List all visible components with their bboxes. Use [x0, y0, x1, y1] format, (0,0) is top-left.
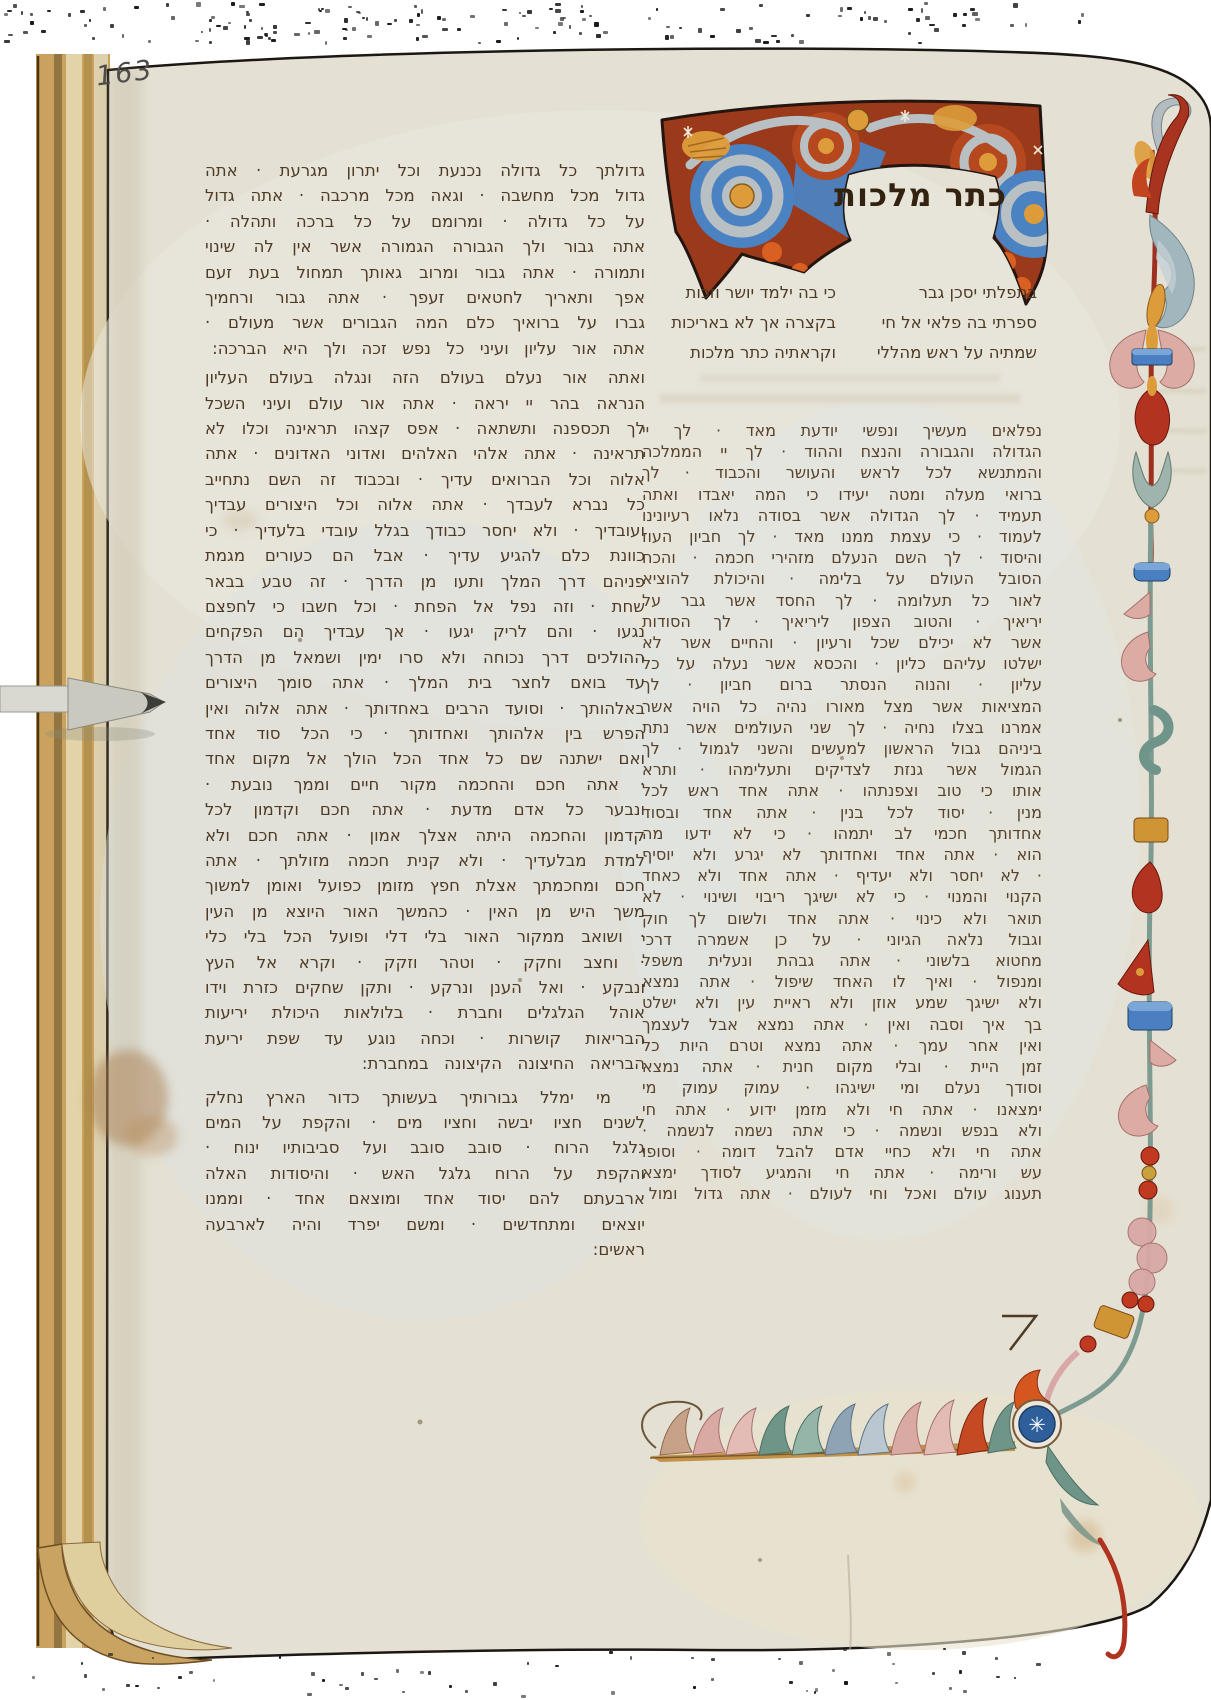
- scan-noise-top: [0, 0, 1211, 48]
- noise-dot: [962, 24, 966, 27]
- noise-dot: [271, 39, 277, 42]
- noise-dot: [594, 22, 599, 26]
- noise-dot: [4, 40, 9, 43]
- noise-dot: [996, 1676, 1000, 1678]
- noise-dot: [953, 13, 957, 17]
- noise-dot: [711, 1678, 714, 1681]
- noise-dot: [656, 8, 658, 11]
- noise-dot: [527, 1662, 529, 1665]
- noise-dot: [279, 1656, 282, 1659]
- noise-dot: [223, 26, 228, 30]
- noise-dot: [366, 17, 368, 21]
- noise-dot: [273, 25, 277, 29]
- noise-dot: [943, 1648, 946, 1650]
- noise-dot: [344, 18, 347, 22]
- noise-dot: [932, 1672, 935, 1675]
- verse-line: שמתיה על ראש מהללי: [845, 338, 1037, 368]
- noise-dot: [442, 28, 447, 32]
- noise-dot: [211, 16, 215, 19]
- scan-noise-bottom: [0, 1640, 1211, 1700]
- noise-dot: [442, 18, 446, 21]
- noise-dot: [126, 1684, 131, 1686]
- noise-dot: [325, 41, 327, 45]
- noise-dot: [972, 12, 977, 16]
- noise-dot: [962, 1651, 966, 1655]
- noise-dot: [259, 3, 265, 6]
- noise-dot: [246, 40, 250, 44]
- noise-dot: [918, 42, 922, 44]
- noise-dot: [1014, 1677, 1016, 1679]
- noise-dot: [589, 15, 591, 18]
- noise-dot: [535, 27, 539, 29]
- noise-dot: [231, 2, 234, 6]
- noise-dot: [665, 35, 669, 39]
- noise-dot: [582, 18, 585, 21]
- noise-dot: [611, 1691, 614, 1695]
- text-paragraph: נפלאים מעשיך ונפשי יודעת מאד · לך יי הגד…: [642, 420, 1042, 1205]
- text-paragraph: ואתה אור נעלם בעולם הזה ונגלה בעולם העלי…: [205, 365, 645, 1076]
- noise-dot: [264, 33, 267, 36]
- noise-dot: [581, 5, 584, 8]
- noise-dot: [555, 9, 561, 13]
- noise-dot: [710, 35, 715, 38]
- noise-dot: [199, 1657, 201, 1660]
- noise-dot: [555, 3, 561, 6]
- noise-dot: [342, 28, 348, 30]
- noise-dot: [949, 1687, 952, 1690]
- verse-line: וקראתיה כתר מלכות: [648, 338, 836, 368]
- noise-dot: [420, 1671, 423, 1674]
- noise-dot: [311, 1672, 315, 1676]
- noise-dot: [908, 32, 911, 34]
- noise-dot: [648, 17, 651, 20]
- noise-dot: [209, 41, 212, 45]
- noise-dot: [361, 1672, 364, 1676]
- noise-dot: [122, 34, 125, 38]
- binding-edge: [36, 54, 110, 1648]
- noise-dot: [609, 1651, 613, 1653]
- text-paragraph: מי ימלל גבורותיך בעשותך כדור הארץ נחלק ל…: [205, 1085, 645, 1263]
- noise-dot: [356, 11, 360, 13]
- noise-dot: [736, 29, 741, 33]
- noise-dot: [157, 1687, 160, 1689]
- noise-dot: [457, 28, 461, 31]
- text-paragraph: גדולתך כל גדולה נכנעת וכל יתרון מגרעת · …: [205, 158, 645, 361]
- noise-dot: [840, 7, 843, 11]
- noise-dot: [519, 12, 521, 14]
- noise-dot: [596, 34, 601, 38]
- noise-dot: [921, 8, 923, 12]
- noise-dot: [502, 9, 507, 11]
- noise-dot: [806, 1690, 808, 1692]
- noise-dot: [504, 22, 508, 26]
- noise-dot: [84, 1674, 87, 1678]
- noise-dot: [89, 19, 91, 22]
- noise-dot: [148, 40, 151, 43]
- svg-text:✳: ✳: [1028, 1413, 1046, 1437]
- noise-dot: [522, 15, 526, 17]
- noise-dot: [195, 40, 199, 43]
- noise-dot: [80, 10, 85, 13]
- noise-dot: [814, 1691, 817, 1694]
- noise-dot: [47, 10, 50, 13]
- noise-dot: [84, 24, 86, 27]
- noise-dot: [257, 36, 263, 39]
- noise-dot: [844, 1681, 849, 1685]
- noise-dot: [749, 27, 753, 30]
- noise-dot: [307, 1693, 311, 1696]
- noise-dot: [864, 11, 867, 14]
- noise-dot: [189, 1671, 192, 1674]
- noise-dot: [428, 1671, 431, 1675]
- noise-dot: [421, 9, 424, 13]
- noise-dot: [367, 35, 372, 37]
- noise-dot: [1078, 20, 1081, 24]
- star-roundel-icon: ✳: [1013, 1400, 1061, 1448]
- title-keter-malkhut: כתר מלכות: [843, 176, 1007, 214]
- noise-dot: [110, 24, 114, 27]
- noise-dot: [799, 1661, 802, 1664]
- noise-dot: [41, 30, 47, 33]
- noise-dot: [348, 6, 351, 9]
- noise-dot: [569, 25, 571, 29]
- noise-dot: [868, 16, 871, 20]
- noise-dot: [478, 42, 480, 44]
- noise-dot: [32, 1676, 35, 1679]
- noise-dot: [343, 37, 347, 40]
- noise-dot: [81, 1662, 83, 1666]
- noise-dot: [249, 19, 252, 22]
- noise-dot: [417, 13, 420, 17]
- verse-line: כי בה ילמד יושר וזכות: [648, 278, 836, 308]
- noise-dot: [603, 31, 608, 34]
- noise-dot: [527, 10, 532, 14]
- noise-dot: [759, 4, 763, 7]
- noise-dot: [517, 37, 519, 40]
- manuscript-scan: ✳ 163 כתר מלכות בתפלתי יסכן גברספרתי בה …: [0, 0, 1211, 1700]
- noise-dot: [789, 1681, 793, 1684]
- noise-dot: [763, 41, 769, 44]
- noise-dot: [374, 1678, 378, 1681]
- noise-dot: [553, 31, 556, 34]
- noise-dot: [1013, 3, 1017, 7]
- noise-dot: [975, 18, 980, 21]
- noise-dot: [555, 1665, 559, 1667]
- noise-dot: [799, 40, 804, 44]
- noise-dot: [437, 16, 442, 20]
- noise-dot: [409, 19, 413, 23]
- noise-dot: [496, 40, 501, 43]
- noise-dot: [580, 10, 584, 13]
- noise-dot: [178, 1676, 182, 1679]
- noise-dot: [963, 13, 966, 16]
- noise-dot: [470, 15, 475, 18]
- left-text-column: גדולתך כל גדולה נכנעת וכל יתרון מגרעת · …: [205, 158, 645, 1358]
- noise-dot: [549, 8, 552, 10]
- noise-dot: [791, 34, 794, 37]
- opening-verses-second-hemistichs: כי בה ילמד יושר וזכותבקצרה אך לא באריכות…: [648, 278, 836, 368]
- noise-dot: [995, 1657, 998, 1660]
- noise-dot: [416, 37, 420, 41]
- verse-line: בקצרה אך לא באריכות: [648, 308, 836, 338]
- noise-dot: [402, 1691, 405, 1693]
- noise-dot: [560, 17, 563, 21]
- noise-dot: [308, 32, 311, 35]
- noise-dot: [895, 1682, 898, 1684]
- noise-dot: [209, 19, 211, 21]
- noise-dot: [387, 23, 392, 26]
- noise-dot: [887, 1652, 890, 1656]
- noise-dot: [630, 1656, 633, 1660]
- noise-dot: [239, 5, 245, 7]
- noise-dot: [832, 1669, 835, 1672]
- noise-dot: [362, 17, 365, 19]
- noise-dot: [843, 1649, 846, 1651]
- noise-dot: [4, 13, 8, 16]
- noise-dot: [228, 22, 231, 24]
- noise-dot: [7, 10, 12, 12]
- noise-dot: [134, 6, 139, 10]
- noise-dot: [755, 39, 760, 43]
- noise-dot: [892, 1663, 896, 1665]
- right-text-column: נפלאים מעשיך ונפשי יודעת מאד · לך יי הגד…: [642, 420, 1042, 1365]
- noise-dot: [698, 28, 702, 32]
- noise-dot: [108, 1653, 112, 1655]
- noise-dot: [963, 1690, 967, 1693]
- noise-dot: [152, 1657, 155, 1659]
- noise-dot: [396, 1669, 399, 1672]
- noise-dot: [13, 4, 17, 8]
- noise-dot: [273, 31, 277, 34]
- noise-dot: [778, 1658, 781, 1661]
- noise-dot: [21, 11, 24, 15]
- noise-dot: [1036, 1663, 1040, 1666]
- noise-dot: [171, 16, 176, 20]
- noise-dot: [375, 21, 380, 25]
- noise-dot: [322, 1679, 325, 1682]
- noise-dot: [916, 18, 920, 22]
- noise-dot: [679, 27, 682, 29]
- noise-dot: [908, 8, 914, 11]
- noise-dot: [246, 13, 250, 16]
- noise-dot: [691, 1657, 694, 1659]
- noise-dot: [201, 31, 204, 34]
- noise-dot: [693, 1686, 696, 1690]
- noise-dot: [244, 37, 250, 40]
- noise-dot: [135, 1685, 139, 1688]
- noise-dot: [558, 22, 564, 26]
- noise-dot: [23, 31, 28, 34]
- noise-dot: [325, 9, 330, 12]
- noise-dot: [925, 16, 930, 19]
- noise-dot: [166, 3, 168, 6]
- noise-dot: [884, 20, 887, 22]
- noise-dot: [8, 34, 13, 37]
- noise-dot: [268, 37, 271, 40]
- noise-dot: [579, 32, 582, 35]
- noise-dot: [345, 1687, 349, 1690]
- noise-dot: [449, 1685, 452, 1688]
- noise-dot: [352, 27, 356, 30]
- noise-dot: [934, 28, 939, 31]
- noise-dot: [521, 1695, 525, 1698]
- noise-dot: [493, 1682, 497, 1686]
- noise-dot: [244, 25, 246, 29]
- noise-dot: [720, 8, 725, 11]
- verse-line: ספרתי בה פלאי אל חי: [845, 308, 1037, 338]
- noise-dot: [924, 2, 928, 4]
- noise-dot: [1010, 24, 1014, 27]
- noise-dot: [860, 17, 863, 20]
- noise-dot: [92, 37, 95, 40]
- noise-dot: [414, 5, 417, 8]
- noise-dot: [314, 30, 320, 34]
- noise-dot: [213, 1679, 215, 1683]
- noise-dot: [711, 1658, 716, 1661]
- noise-dot: [776, 40, 780, 43]
- noise-dot: [847, 7, 852, 10]
- noise-dot: [216, 25, 221, 28]
- noise-dot: [318, 8, 320, 12]
- noise-dot: [666, 26, 670, 28]
- noise-dot: [806, 14, 809, 17]
- noise-dot: [670, 35, 675, 39]
- noise-dot: [416, 24, 419, 27]
- noise-dot: [838, 15, 842, 17]
- noise-dot: [929, 24, 935, 26]
- noise-dot: [1081, 13, 1084, 17]
- noise-dot: [321, 8, 324, 10]
- noise-dot: [815, 1688, 818, 1691]
- noise-dot: [102, 1688, 105, 1691]
- noise-dot: [394, 19, 398, 22]
- noise-dot: [465, 1690, 468, 1693]
- noise-dot: [305, 22, 311, 24]
- noise-dot: [30, 21, 34, 25]
- noise-dot: [30, 13, 33, 16]
- noise-dot: [209, 28, 211, 32]
- noise-dot: [771, 35, 777, 37]
- noise-dot: [103, 7, 106, 11]
- noise-dot: [339, 1684, 344, 1686]
- noise-dot: [422, 35, 427, 39]
- noise-dot: [873, 17, 878, 20]
- noise-dot: [294, 33, 300, 36]
- noise-dot: [1025, 23, 1027, 27]
- verse-line: בתפלתי יסכן גבר: [845, 278, 1037, 308]
- noise-dot: [261, 27, 263, 29]
- noise-dot: [970, 8, 976, 11]
- opening-verses-first-hemistichs: בתפלתי יסכן גברספרתי בה פלאי אל חישמתיה …: [845, 278, 1037, 368]
- noise-dot: [68, 13, 71, 17]
- noise-dot: [959, 1670, 962, 1674]
- noise-dot: [196, 2, 201, 6]
